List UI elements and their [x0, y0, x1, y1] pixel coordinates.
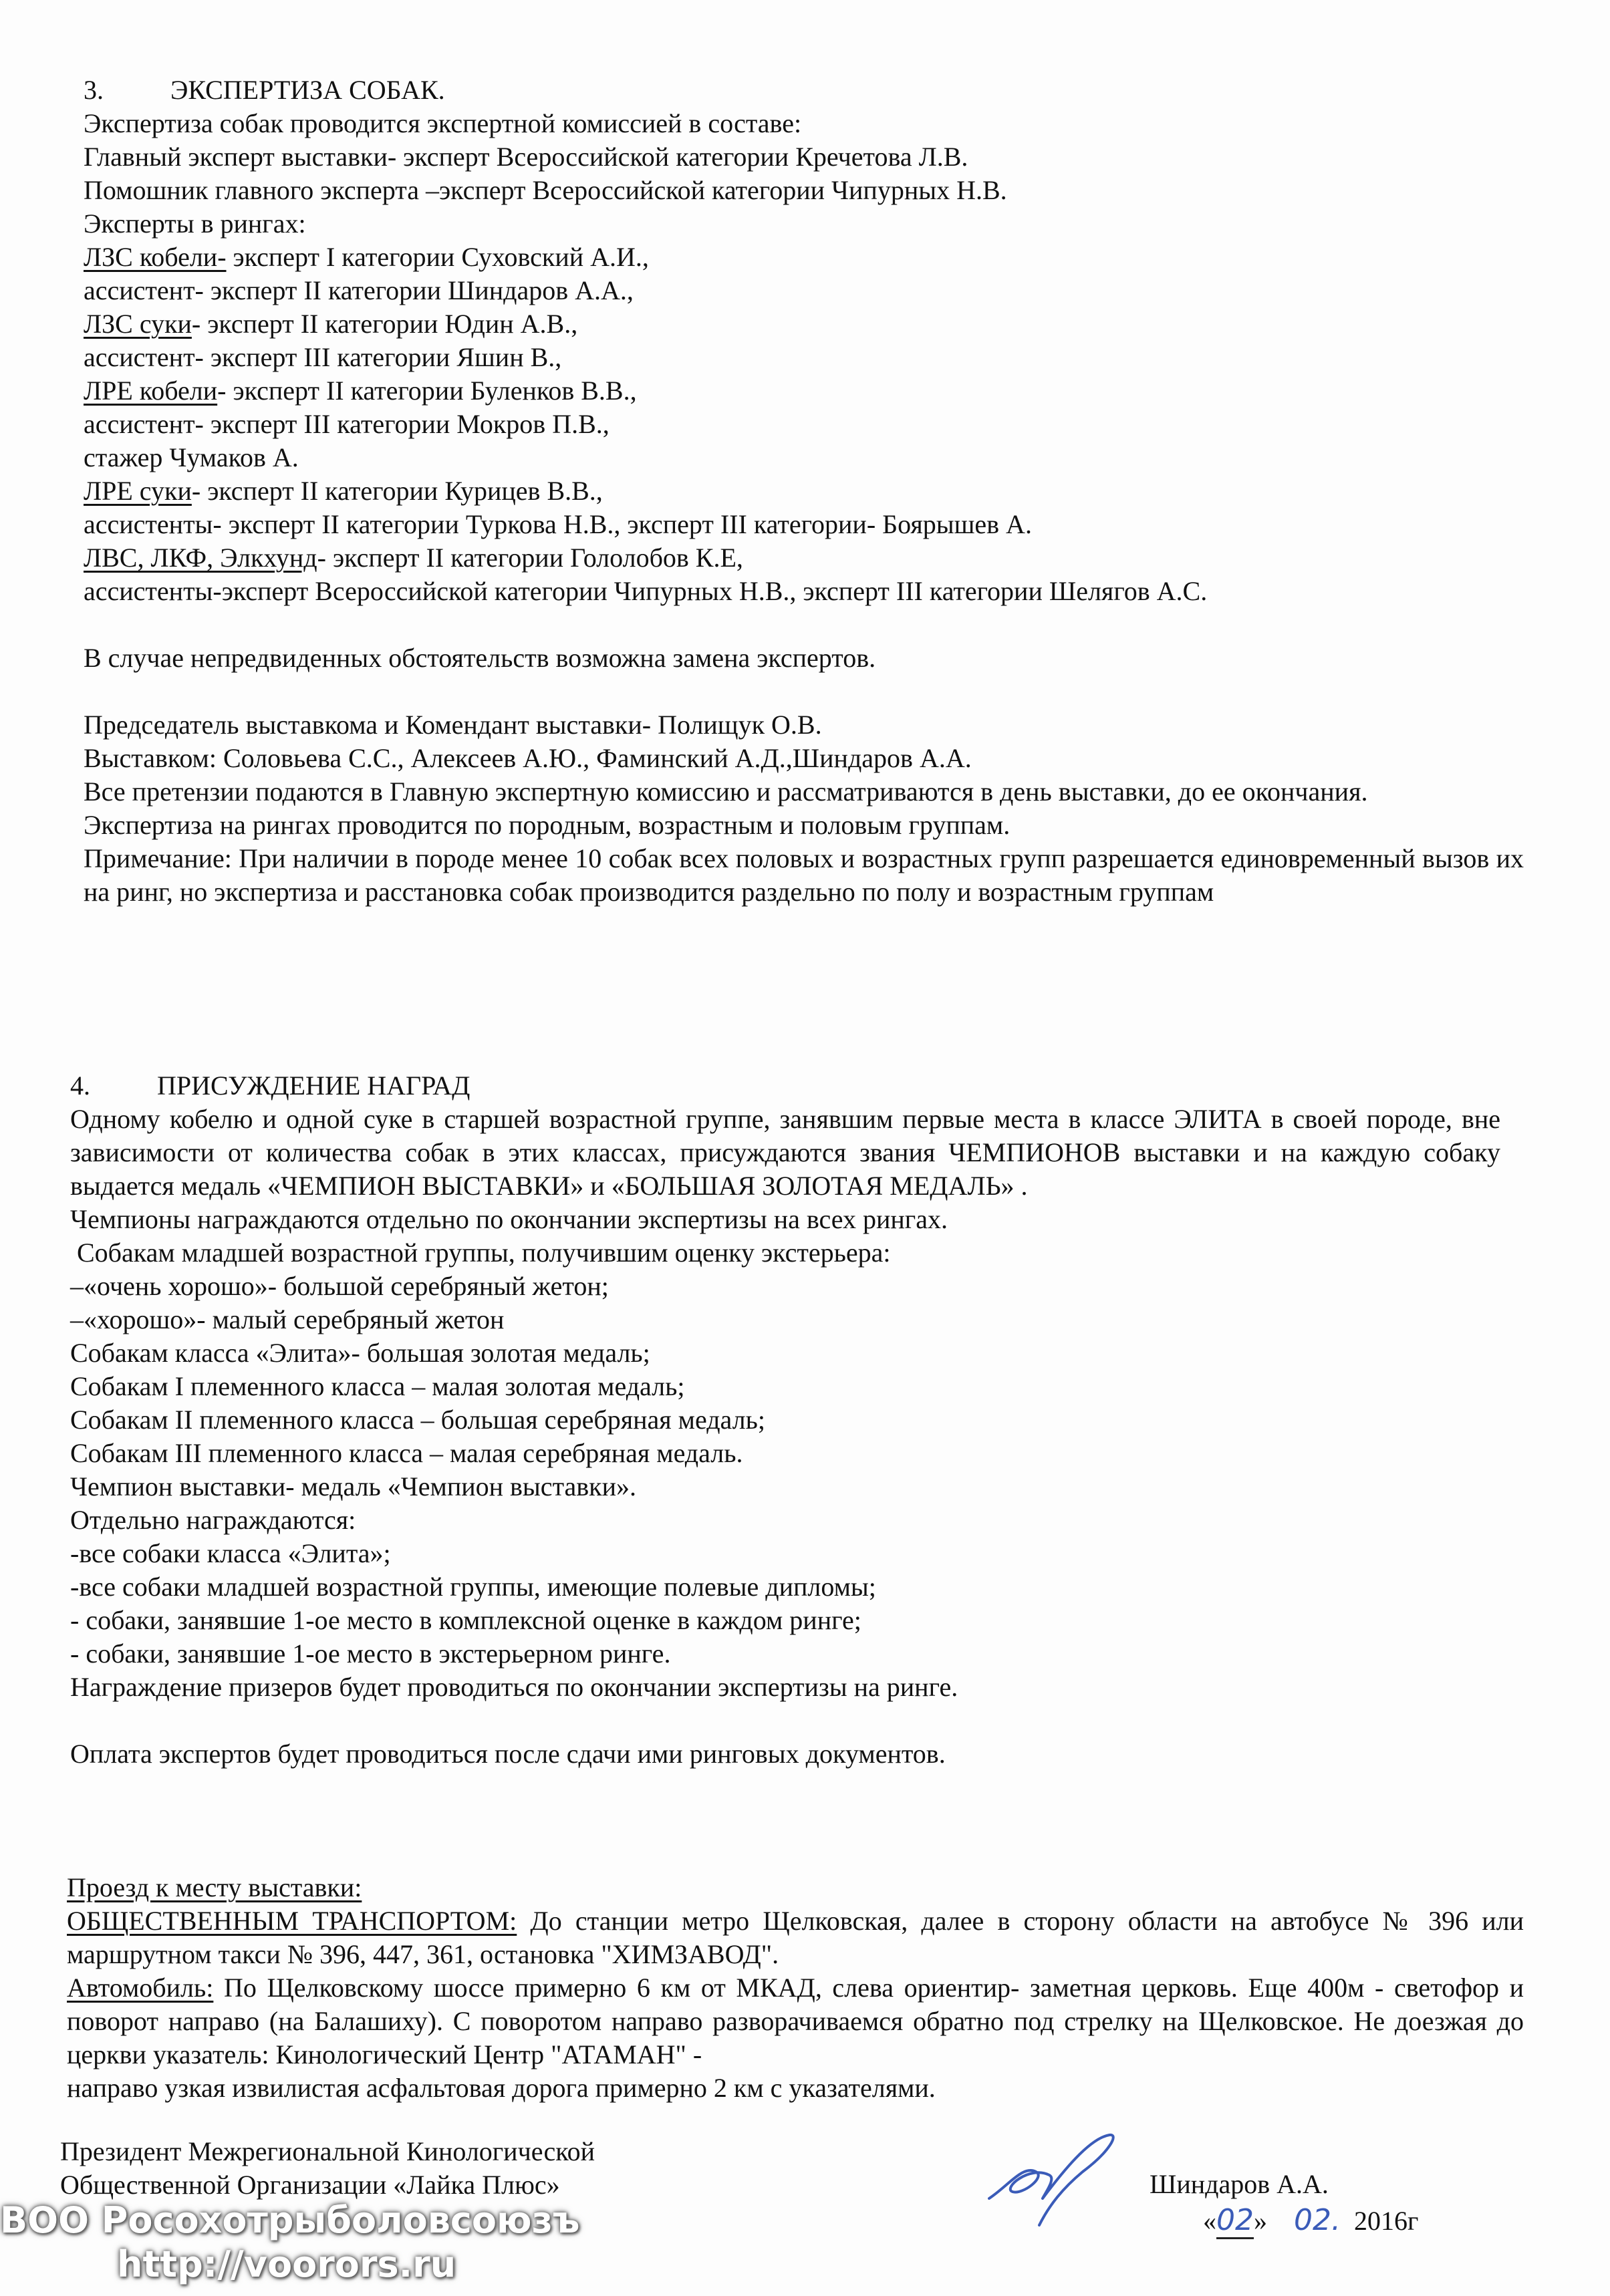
- ring-assistant: ассистенты- эксперт II категории Туркова…: [84, 508, 1524, 541]
- ring-entry: ЛВС, ЛКФ, Элкхунд- эксперт II категории …: [84, 541, 1524, 575]
- signatory-name: Шиндаров А.А.: [1150, 2168, 1329, 2200]
- claims-paragraph: Все претензии подаются в Главную эксперт…: [84, 775, 1524, 809]
- car-text: По Щелковскому шоссе примерно 6 км от МК…: [67, 1973, 1524, 2069]
- assistant-chief-expert: Помошник главного эксперта –эксперт Всер…: [84, 174, 1524, 207]
- committee-members: Выставком: Соловьева С.С., Алексеев А.Ю.…: [84, 742, 1524, 775]
- section-3-heading: 3.ЭКСПЕРТИЗА СОБАК.: [84, 74, 1524, 107]
- date-year: 2016г: [1354, 2206, 1418, 2236]
- directions: Проезд к месту выставки: ОБЩЕСТВЕННЫМ ТР…: [67, 1871, 1524, 2105]
- ring-assistant: ассистенты-эксперт Всероссийской категор…: [84, 575, 1524, 608]
- ring-expert: эксперт I категории Суховский А.И.,: [227, 242, 649, 272]
- groups-paragraph: Экспертиза на рингах проводится по пород…: [84, 809, 1524, 842]
- ring-name: ЛЗС суки: [84, 309, 192, 339]
- date-day: 02: [1216, 2203, 1254, 2239]
- car-directions-end: направо узкая извилистая асфальтовая дор…: [67, 2071, 1524, 2105]
- section-number: 4.: [70, 1069, 157, 1103]
- date-quote-close: »: [1254, 2206, 1267, 2236]
- ring-assistant: ассистент- эксперт III категории Яшин В.…: [84, 341, 1524, 374]
- ring-expert: - эксперт II категории Гололобов К.Е,: [317, 543, 743, 573]
- section-4-heading: 4.ПРИСУЖДЕНИЕ НАГРАД: [70, 1069, 1510, 1103]
- watermark-org: ВОО Росохотрыболовсоюзъ: [0, 2198, 579, 2243]
- award-item: Отдельно награждаются:: [70, 1503, 1510, 1537]
- document-page: 3.ЭКСПЕРТИЗА СОБАК. Экспертиза собак про…: [0, 0, 1610, 2296]
- chief-expert: Главный эксперт выставки- эксперт Всерос…: [84, 140, 1524, 174]
- award-item: Собакам III племенного класса – малая се…: [70, 1437, 1510, 1470]
- award-item: Собакам I племенного класса – малая золо…: [70, 1370, 1510, 1403]
- date-month: 02.: [1294, 2203, 1341, 2237]
- ring-entry: ЛРЕ суки- эксперт II категории Курицев В…: [84, 474, 1524, 508]
- signature-date: «02» 02. 2016г: [1203, 2203, 1418, 2237]
- award-item: Награждение призеров будет проводиться п…: [70, 1671, 1510, 1704]
- section-number: 3.: [84, 74, 170, 107]
- junior-intro: Собакам младшей возрастной группы, получ…: [70, 1236, 1510, 1270]
- ring-name: ЛВС, ЛКФ, Элкхунд: [84, 543, 317, 573]
- award-item: -все собаки младшей возрастной группы, и…: [70, 1570, 1510, 1604]
- paragraph: Экспертиза собак проводится экспертной к…: [84, 107, 1524, 140]
- award-item: Собакам класса «Элита»- большая золотая …: [70, 1336, 1510, 1370]
- ring-assistant: ассистент- эксперт III категории Мокров …: [84, 408, 1524, 441]
- section-expertise: 3.ЭКСПЕРТИЗА СОБАК. Экспертиза собак про…: [84, 74, 1524, 909]
- watermark: ВОО Росохотрыболовсоюзъ http://voorors.r…: [0, 2198, 579, 2287]
- signatory-title: Президент Межрегиональной Кинологической…: [60, 2135, 595, 2202]
- car-directions: Автомобиль: По Щелковскому шоссе примерн…: [67, 1971, 1524, 2071]
- signatory-title-line: Президент Межрегиональной Кинологической: [60, 2135, 595, 2168]
- watermark-url: http://voorors.ru: [0, 2243, 579, 2287]
- section-title: ЭКСПЕРТИЗА СОБАК.: [170, 75, 445, 105]
- ring-entry: ЛЗС кобели- эксперт I категории Суховски…: [84, 241, 1524, 274]
- car-label: Автомобиль:: [67, 1973, 213, 2003]
- award-item: Чемпион выставки- медаль «Чемпион выстав…: [70, 1470, 1510, 1503]
- section-awards: 4.ПРИСУЖДЕНИЕ НАГРАД Одному кобелю и одн…: [70, 1069, 1510, 1771]
- champions-note: Чемпионы награждаются отдельно по оконча…: [70, 1203, 1510, 1236]
- ring-name: ЛРЕ суки: [84, 476, 192, 506]
- awards-list: –«очень хорошо»- большой серебряный жето…: [70, 1270, 1510, 1704]
- ring-entry: ЛРЕ кобели- эксперт II категории Буленко…: [84, 374, 1524, 408]
- award-item: Собакам II племенного класса – большая с…: [70, 1403, 1510, 1437]
- award-item: - собаки, занявшие 1-ое место в экстерье…: [70, 1637, 1510, 1671]
- ring-expert: - эксперт II категории Курицев В.В.,: [192, 476, 603, 506]
- ring-name: ЛЗС кобели-: [84, 242, 227, 272]
- awards-intro: Одному кобелю и одной суке в старшей воз…: [70, 1103, 1500, 1203]
- ring-experts-label: Эксперты в рингах:: [84, 207, 1524, 241]
- replacement-note: В случае непредвиденных обстоятельств во…: [84, 641, 1524, 675]
- ring-entry: ЛЗС суки- эксперт II категории Юдин А.В.…: [84, 307, 1524, 341]
- ring-name: ЛРЕ кобели: [84, 376, 217, 406]
- ring-expert: - эксперт II категории Юдин А.В.,: [192, 309, 577, 339]
- signatory-title-line: Общественной Организации «Лайка Плюс»: [60, 2168, 595, 2202]
- committee-chair: Председатель выставкома и Комендант выст…: [84, 708, 1524, 742]
- award-item: -все собаки класса «Элита»;: [70, 1537, 1510, 1570]
- payment-note: Оплата экспертов будет проводиться после…: [70, 1737, 1510, 1771]
- directions-heading: Проезд к месту выставки:: [67, 1872, 362, 1902]
- award-item: - собаки, занявшие 1-ое место в комплекс…: [70, 1604, 1510, 1637]
- ring-trainee: стажер Чумаков А.: [84, 441, 1524, 474]
- award-item: –«очень хорошо»- большой серебряный жето…: [70, 1270, 1510, 1303]
- ring-assistant: ассистент- эксперт II категории Шиндаров…: [84, 274, 1524, 307]
- ring-expert: - эксперт II категории Буленков В.В.,: [217, 376, 636, 406]
- section-title: ПРИСУЖДЕНИЕ НАГРАД: [157, 1070, 470, 1101]
- public-transport: ОБЩЕСТВЕННЫМ ТРАНСПОРТОМ: До станции мет…: [67, 1904, 1524, 1971]
- award-item: –«хорошо»- малый серебряный жетон: [70, 1303, 1510, 1336]
- note-paragraph: Примечание: При наличии в породе менее 1…: [84, 842, 1524, 909]
- public-transport-label: ОБЩЕСТВЕННЫМ ТРАНСПОРТОМ:: [67, 1906, 517, 1936]
- date-quote-open: «: [1203, 2206, 1216, 2236]
